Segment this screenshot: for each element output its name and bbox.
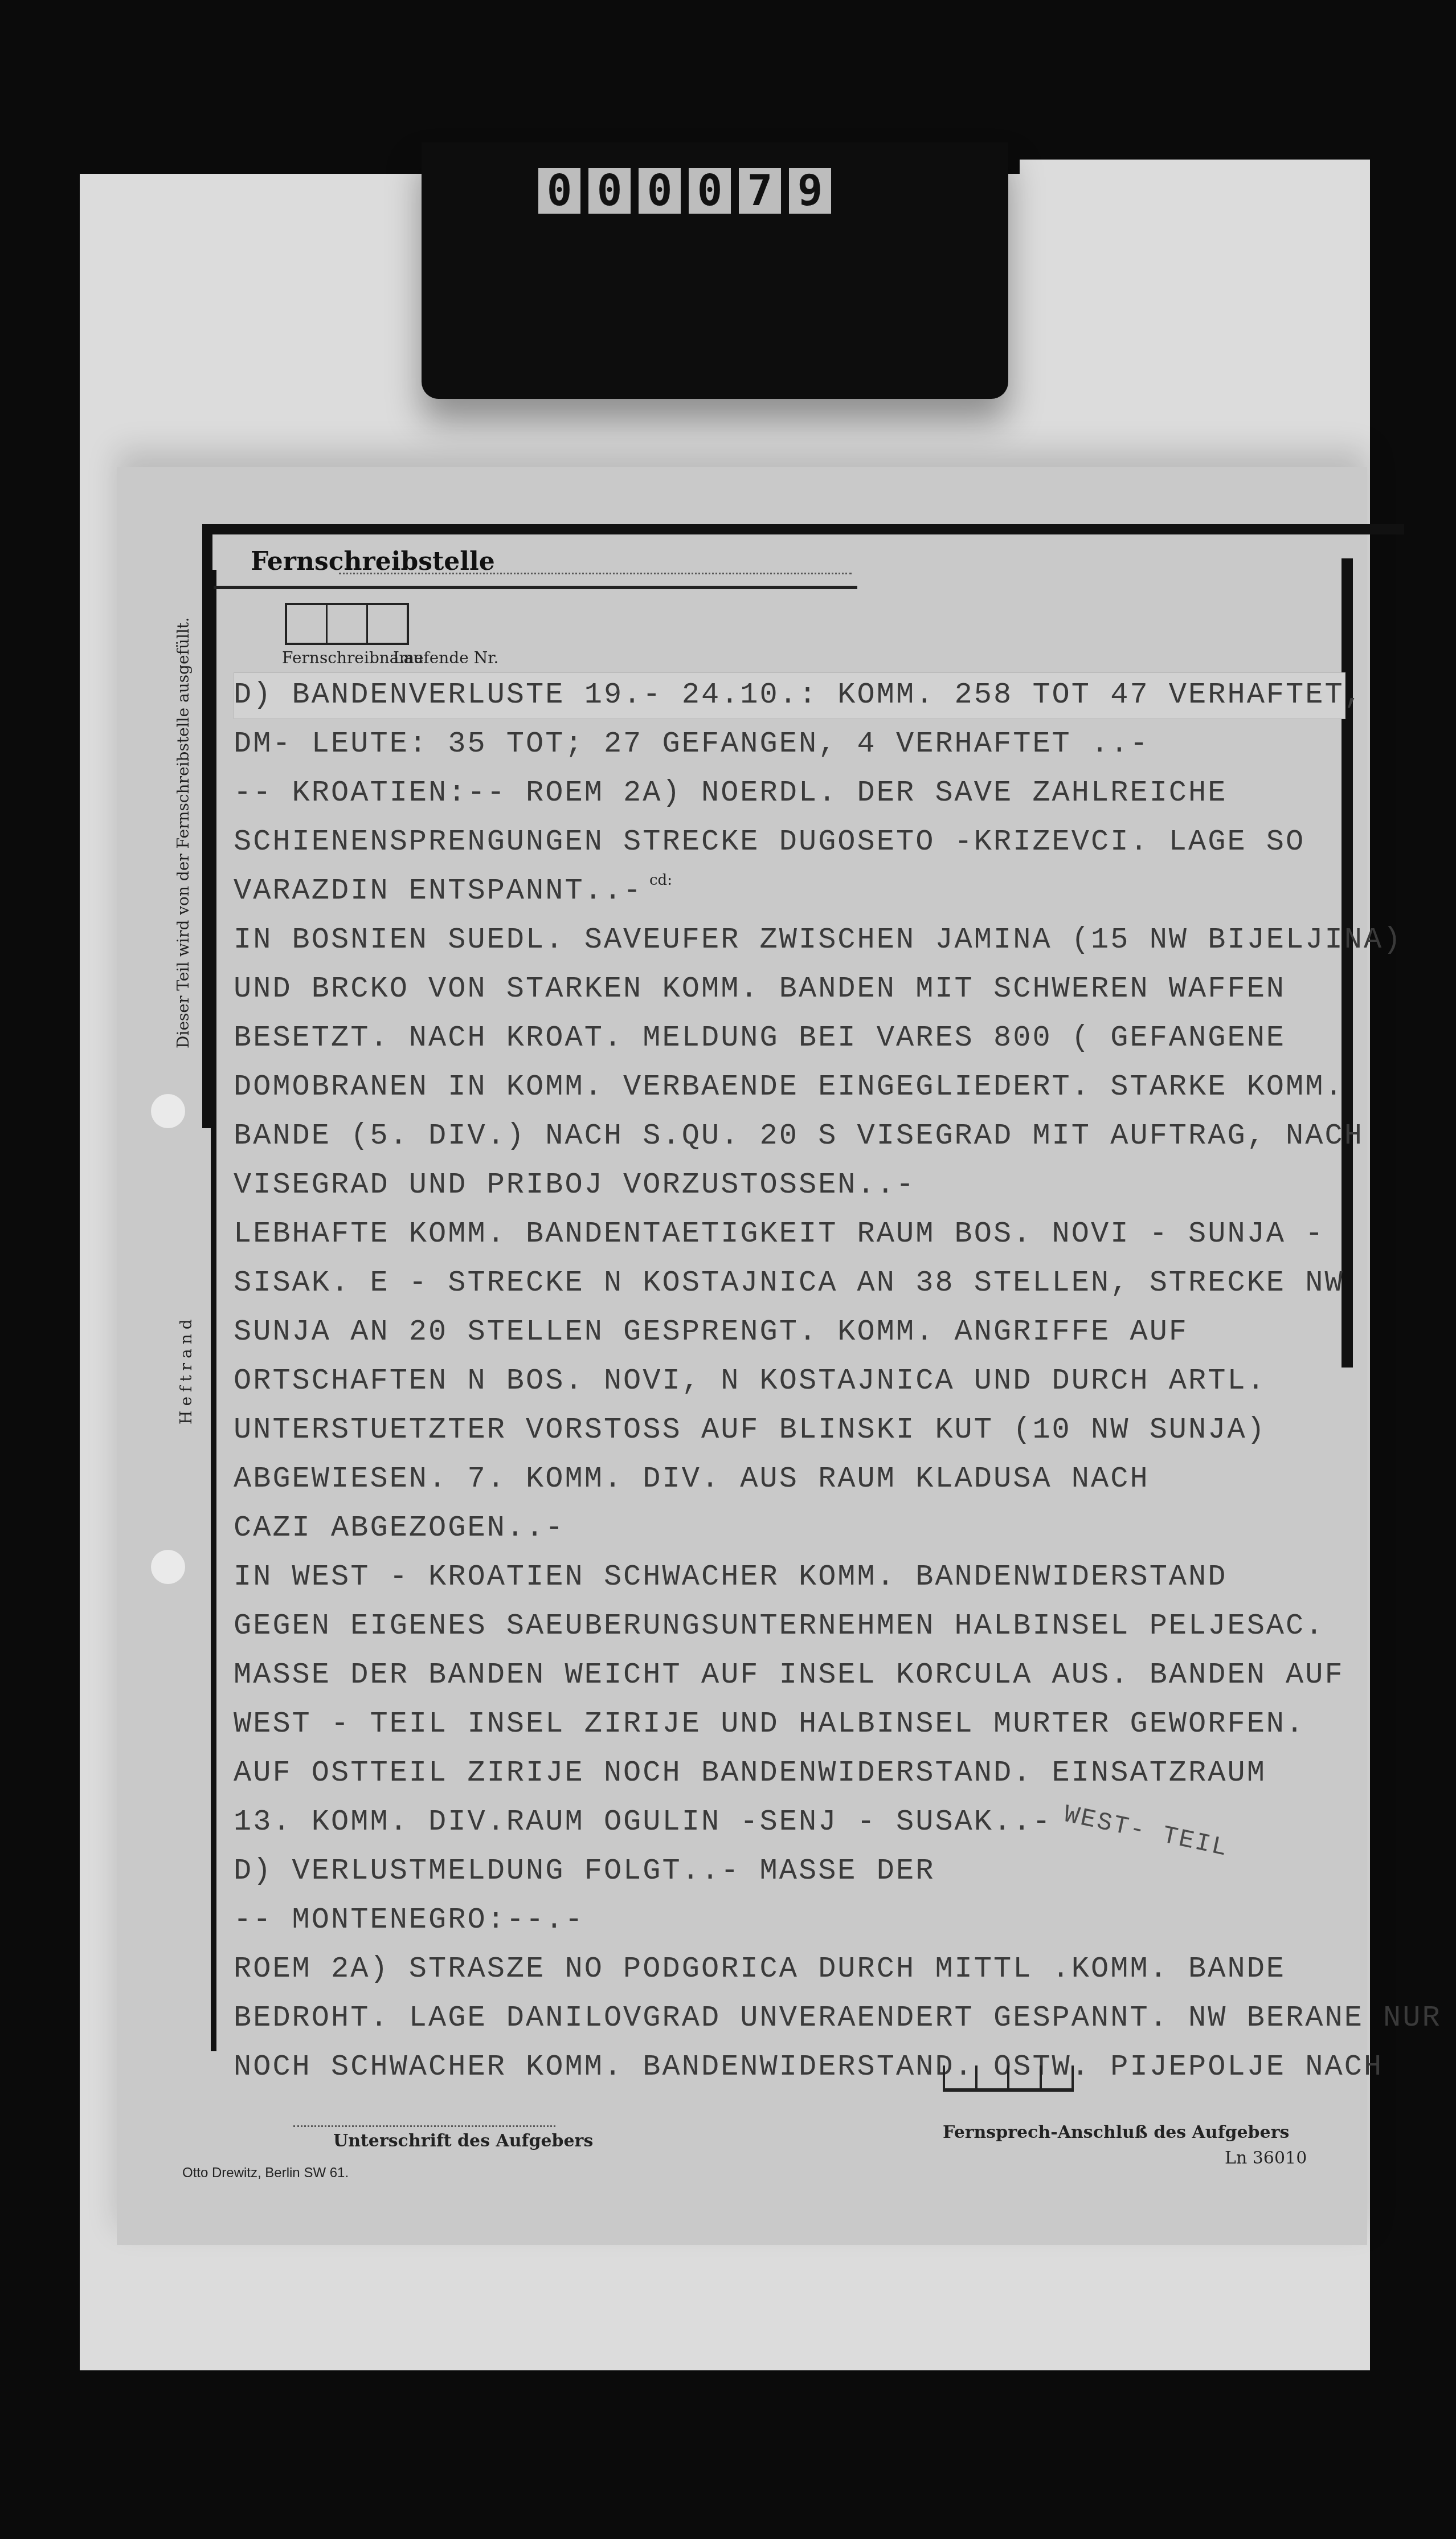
phone-number-boxes xyxy=(943,2066,1074,2092)
counter-digit: 9 xyxy=(789,168,831,214)
message-line: IN BOSNIEN SUEDL. SAVEUFER ZWISCHEN JAMI… xyxy=(234,923,1402,957)
message-line: D) VERLUSTMELDUNG FOLGT..- MASSE DER xyxy=(234,1854,935,1888)
message-line: GEGEN EIGENES SAEUBERUNGSUNTERNEHMEN HAL… xyxy=(234,1609,1324,1643)
message-line: 13. KOMM. DIV.RAUM OGULIN -SENJ - SUSAK.… xyxy=(234,1805,1052,1839)
message-line: UND BRCKO VON STARKEN KOMM. BANDEN MIT S… xyxy=(234,972,1286,1006)
frame-counter: 0 0 0 0 7 9 xyxy=(538,168,831,214)
punch-hole xyxy=(151,1550,185,1584)
form-number: Ln 36010 xyxy=(1225,2148,1307,2168)
message-line: IN WEST - KROATIEN SCHWACHER KOMM. BANDE… xyxy=(234,1560,1227,1594)
form-header-title: Fernschreibstelle xyxy=(251,547,495,576)
printer-imprint: Otto Drewitz, Berlin SW 61. xyxy=(182,2165,349,2181)
form-frame-left-inner xyxy=(211,570,216,2051)
message-line: UNTERSTUETZTER VORSTOSS AUF BLINSKI KUT … xyxy=(234,1413,1266,1447)
message-line: NOCH SCHWACHER KOMM. BANDENWIDERSTAND. O… xyxy=(234,2050,1383,2084)
message-line: ORTSCHAFTEN N BOS. NOVI, N KOSTAJNICA UN… xyxy=(234,1364,1266,1398)
message-line: DM- LEUTE: 35 TOT; 27 GEFANGEN, 4 VERHAF… xyxy=(234,727,1150,761)
counter-digit: 0 xyxy=(538,168,580,214)
message-line: MASSE DER BANDEN WEICHT AUF INSEL KORCUL… xyxy=(234,1658,1344,1692)
message-line: -- MONTENEGRO:--.- xyxy=(234,1903,584,1937)
form-frame-top xyxy=(202,524,1404,534)
message-line: LEBHAFTE KOMM. BANDENTAETIGKEIT RAUM BOS… xyxy=(234,1217,1324,1251)
teletype-name-boxes xyxy=(285,603,409,645)
message-line: SISAK. E - STRECKE N KOSTAJNICA AN 38 ST… xyxy=(234,1266,1344,1300)
message-line: AUF OSTTEIL ZIRIJE NOCH BANDENWIDERSTAND… xyxy=(234,1756,1266,1790)
message-line: SCHIENENSPRENGUNGEN STRECKE DUGOSETO -KR… xyxy=(234,825,1305,859)
message-line: WEST - TEIL INSEL ZIRIJE UND HALBINSEL M… xyxy=(234,1707,1305,1741)
message-line: ABGEWIESEN. 7. KOMM. DIV. AUS RAUM KLADU… xyxy=(234,1462,1150,1496)
message-line: SUNJA AN 20 STELLEN GESPRENGT. KOMM. ANG… xyxy=(234,1315,1188,1349)
backing-card-edge xyxy=(1020,160,1370,182)
footer-phone-label: Fernsprech-Anschluß des Aufgebers xyxy=(943,2122,1289,2142)
message-line: -- KROATIEN:-- ROEM 2A) NOERDL. DER SAVE… xyxy=(234,776,1227,810)
label-running-number: Laufende Nr. xyxy=(393,648,498,667)
message-line: ROEM 2A) STRASZE NO PODGORICA DURCH MITT… xyxy=(234,1952,1286,1986)
message-line: VISEGRAD UND PRIBOJ VORZUSTOSSEN..- xyxy=(234,1168,915,1202)
message-line: BANDE (5. DIV.) NACH S.QU. 20 S VISEGRAD… xyxy=(234,1119,1364,1153)
counter-digit: 0 xyxy=(689,168,731,214)
counter-digit: 0 xyxy=(639,168,681,214)
punch-hole xyxy=(151,1094,185,1128)
message-line: BEDROHT. LAGE DANILOVGRAD UNVERAENDERT G… xyxy=(234,2001,1442,2035)
message-line: D) BANDENVERLUSTE 19.- 24.10.: KOMM. 258… xyxy=(234,678,1364,712)
message-body: D) BANDENVERLUSTE 19.- 24.10.: KOMM. 258… xyxy=(234,672,1350,2108)
margin-label: Heftrand xyxy=(177,1315,195,1424)
message-line: DOMOBRANEN IN KOMM. VERBAENDE EINGEGLIED… xyxy=(234,1070,1344,1104)
message-line: CAZI ABGEZOGEN..- xyxy=(234,1511,565,1545)
side-note: Dieser Teil wird von der Fernschreibstel… xyxy=(174,617,193,1048)
counter-digit: 0 xyxy=(588,168,631,214)
teletype-form: Fernschreibstelle Fernschreibname Laufen… xyxy=(117,467,1367,2245)
header-rule xyxy=(214,586,857,589)
signature-line xyxy=(293,2125,555,2127)
message-line: VARAZDIN ENTSPANNT..- xyxy=(234,874,643,908)
clamp-arm xyxy=(991,188,1008,336)
counter-digit: 7 xyxy=(739,168,781,214)
header-dotted-line xyxy=(339,573,852,574)
message-line: BESETZT. NACH KROAT. MELDUNG BEI VARES 8… xyxy=(234,1021,1286,1055)
footer-signature-label: Unterschrift des Aufgebers xyxy=(333,2131,593,2151)
